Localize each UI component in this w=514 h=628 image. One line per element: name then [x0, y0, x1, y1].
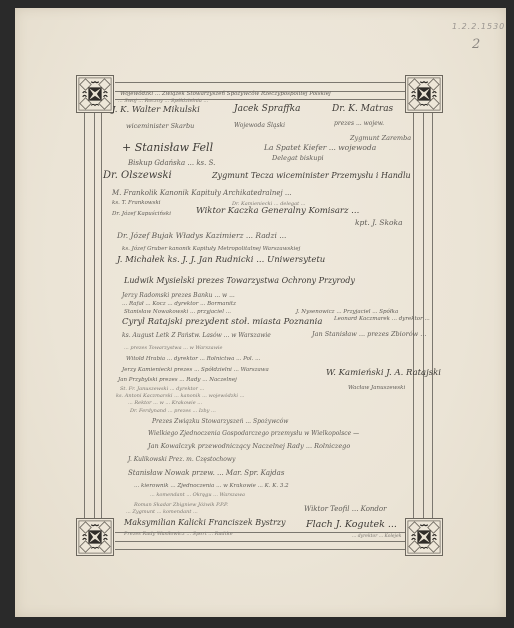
signature-line: Maksymilian Kalicki Franciszek Bystrzy: [124, 518, 286, 527]
corner-ornament-top-left: [76, 75, 114, 113]
signature-line: Prezes Rady Wasiłowicz ... Sport ... Rad…: [124, 531, 233, 537]
signature-line: Stanisław Nowakowski ... przyjaciel ...: [124, 309, 231, 315]
signature-line: ks. August Letk Z Państw. Lasów ... w Wa…: [122, 332, 271, 339]
signature-line: ... Swoj ... Roczny ... Spółdzielnia ...: [118, 98, 208, 104]
frame-line-left-1: [84, 113, 85, 518]
frame-line-bottom-3: [115, 549, 405, 550]
signature-line: J. Michałek ks. J. J. Jan Rudnicki ... U…: [117, 255, 325, 265]
signature-line: Jacek Spraffka: [234, 104, 300, 114]
maltese-cross-ornament-icon: [77, 519, 113, 555]
signature-line: + Stanisław Fell: [122, 141, 213, 154]
signature-line: Leonard Kaczmarek ... dyrektor ...: [334, 316, 430, 322]
frame-line-right-3: [432, 113, 433, 518]
signature-line: Wiktor Teofil ... Kondor: [304, 505, 386, 513]
signature-line: Wiktor Kaczka Generalny Komisarz ...: [196, 206, 359, 216]
corner-ornament-bottom-right: [405, 518, 443, 556]
signature-line: prezes ... wojew.: [334, 120, 384, 127]
signature-line: Jan Kowalczyk przewodniczący Naczelnej R…: [148, 442, 350, 450]
signature-line: wiceminister Skarbu: [126, 122, 194, 130]
signature-line: ... komendant ... Okręgu ... Warszawa: [150, 492, 245, 498]
signature-line: Wojewoda Śląski: [234, 122, 285, 129]
page-number: 2: [472, 37, 480, 52]
signature-line: ... Rafał ... Kocz ... dyrektor ... Borm…: [122, 301, 236, 307]
signature-line: Jan Stanisław ... prezes Zbiorów ...: [312, 330, 426, 338]
signature-line: La Spatet Kiefer ... wojewoda: [264, 143, 376, 152]
signature-line: Biskup Gdańska ... ks. S.: [128, 159, 215, 167]
signature-line: Cyryl Ratajski prezydent stoł. miasta Po…: [122, 317, 322, 327]
signature-line: J. Kulikowski Prez. m. Częstochowy: [128, 456, 235, 463]
signature-line: M. Frankolik Kanonik Kapituły Archikated…: [112, 189, 292, 197]
signature-line: ks. Józef Gruber kanonik Kapituły Metrop…: [122, 246, 300, 252]
signature-line: Jerzy Radomski prezes Banku ... w ...: [122, 292, 235, 299]
signature-line: Zygmunt Zaremba: [350, 134, 411, 142]
signature-line: Wojewódzki ... Związek Stowarzyszeń Spoż…: [120, 91, 331, 97]
signature-line: Witold Hrabia ... dyrektor ... Rolnictwa…: [126, 356, 260, 362]
signature-line: Dr. Ferdynand ... prezes ... Izby ...: [130, 408, 216, 414]
signature-line: Zygmunt Tecza wiceminister Przemysłu i H…: [212, 171, 411, 180]
corner-ornament-top-right: [405, 75, 443, 113]
maltese-cross-ornament-icon: [406, 519, 442, 555]
signature-line: St. Fr. Januszewski ... dyrektor ...: [120, 386, 204, 392]
frame-line-left-2: [94, 113, 95, 518]
signature-line: Wielkiego Zjednoczenia Gospodarczego prz…: [148, 430, 359, 437]
signature-line: W. Kamieński J. A. Ratajski: [326, 368, 441, 378]
signature-line: Delegat biskupi: [272, 154, 324, 162]
maltese-cross-ornament-icon: [77, 76, 113, 112]
signature-line: Dr. K. Matras: [332, 104, 393, 114]
signature-line: Ludwik Mysielski prezes Towarzystwa Ochr…: [124, 276, 355, 285]
signature-line: Jan Przybylski prezes ... Rady ... Nacze…: [118, 377, 237, 383]
signature-line: J. Nysenowicz ... Przyjaciel ... Spółka: [296, 309, 398, 315]
signature-line: ... Rektor ... w ... Krakowie ...: [128, 400, 202, 406]
signature-line: ... kierownik ... Zjednoczenia ... w Kra…: [134, 483, 289, 489]
signature-line: ... dyrektor ... Kolejek: [352, 534, 401, 539]
corner-ornament-bottom-left: [76, 518, 114, 556]
signature-line: ks. T. Frankowski: [112, 200, 161, 206]
signature-line: ... prezes Towarzystwa ... w Warszawie: [124, 345, 222, 351]
maltese-cross-ornament-icon: [406, 76, 442, 112]
frame-line-bottom-2: [115, 541, 405, 542]
signature-line: ks. Antoni Kaczmarski ... kanonik ... wo…: [116, 393, 244, 399]
signature-line: Prezes Związku Stowarzyszeń ... Spożywcó…: [152, 418, 288, 425]
signature-line: Dr. Józef Bujak Władys Kazimierz ... Rad…: [117, 231, 286, 240]
signature-line: J. K. Walter Mikulski: [112, 105, 200, 115]
catalog-number: 1.2.2.1530: [452, 22, 505, 31]
signature-line: Stanisław Nowak przew. ... Mar. Spr. Kaj…: [128, 469, 284, 477]
signature-line: Dr. Olszewski: [103, 170, 172, 181]
frame-line-top-1: [115, 82, 405, 83]
signature-line: ... Zygmunt ... komendant ...: [126, 509, 198, 515]
signature-line: Jerzy Kamieniecki prezes ... Spółdzielni…: [122, 367, 269, 373]
signature-line: Flach J. Kogutek ...: [306, 519, 397, 530]
signature-line: Dr. Józef Kapuściński: [112, 211, 171, 217]
signature-line: Wacław Januszewski: [348, 385, 405, 391]
signature-line: kpt. J. Skoka: [355, 218, 403, 227]
signature-line: Roman Skadar Zbigniew Jóżwik P.P.P.: [134, 502, 228, 508]
